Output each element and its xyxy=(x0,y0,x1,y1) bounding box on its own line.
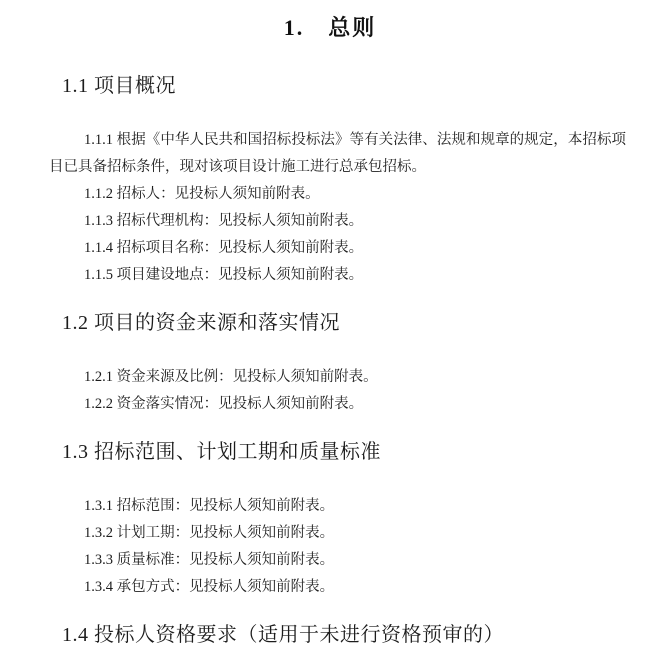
list-item-1-1-3: 1.1.3 招标代理机构：见投标人须知前附表。 xyxy=(84,208,626,235)
list-item-1-2-1: 1.2.1 资金来源及比例：见投标人须知前附表。 xyxy=(84,364,626,391)
list-item-1-3-1: 1.3.1 招标范围：见投标人须知前附表。 xyxy=(84,493,626,520)
list-item-1-3-3: 1.3.3 质量标准：见投标人须知前附表。 xyxy=(84,547,626,574)
section-bidder-qualification: 1.4 投标人资格要求（适用于未进行资格预审的） xyxy=(0,621,660,649)
list-item-1-2-2: 1.2.2 资金落实情况：见投标人须知前附表。 xyxy=(84,391,626,418)
list-item-1-1-2: 1.1.2 招标人：见投标人须知前附表。 xyxy=(84,181,626,208)
list-item-1-3-4: 1.3.4 承包方式：见投标人须知前附表。 xyxy=(84,574,626,601)
list-item-1-1-5: 1.1.5 项目建设地点：见投标人须知前附表。 xyxy=(84,262,626,289)
list-item-1-1-4: 1.1.4 招标项目名称：见投标人须知前附表。 xyxy=(84,235,626,262)
section-heading-1-4: 1.4 投标人资格要求（适用于未进行资格预审的） xyxy=(62,621,626,649)
section-project-overview: 1.1 项目概况 1.1.1 根据《中华人民共和国招标投标法》等有关法律、法规和… xyxy=(0,72,660,289)
section-heading-1-1: 1.1 项目概况 xyxy=(62,72,626,100)
section-funding: 1.2 项目的资金来源和落实情况 1.2.1 资金来源及比例：见投标人须知前附表… xyxy=(0,309,660,418)
doc-title: 1. 总则 xyxy=(0,14,660,42)
section-heading-1-2: 1.2 项目的资金来源和落实情况 xyxy=(62,309,626,337)
list-item-1-3-2: 1.3.2 计划工期：见投标人须知前附表。 xyxy=(84,520,626,547)
section-heading-1-3: 1.3 招标范围、计划工期和质量标准 xyxy=(62,438,626,466)
paragraph-1-1-1: 1.1.1 根据《中华人民共和国招标投标法》等有关法律、法规和规章的规定，本招标… xyxy=(49,127,626,181)
section-scope-schedule-quality: 1.3 招标范围、计划工期和质量标准 1.3.1 招标范围：见投标人须知前附表。… xyxy=(0,438,660,601)
document-page: 1. 总则 1.1 项目概况 1.1.1 根据《中华人民共和国招标投标法》等有关… xyxy=(0,0,660,665)
